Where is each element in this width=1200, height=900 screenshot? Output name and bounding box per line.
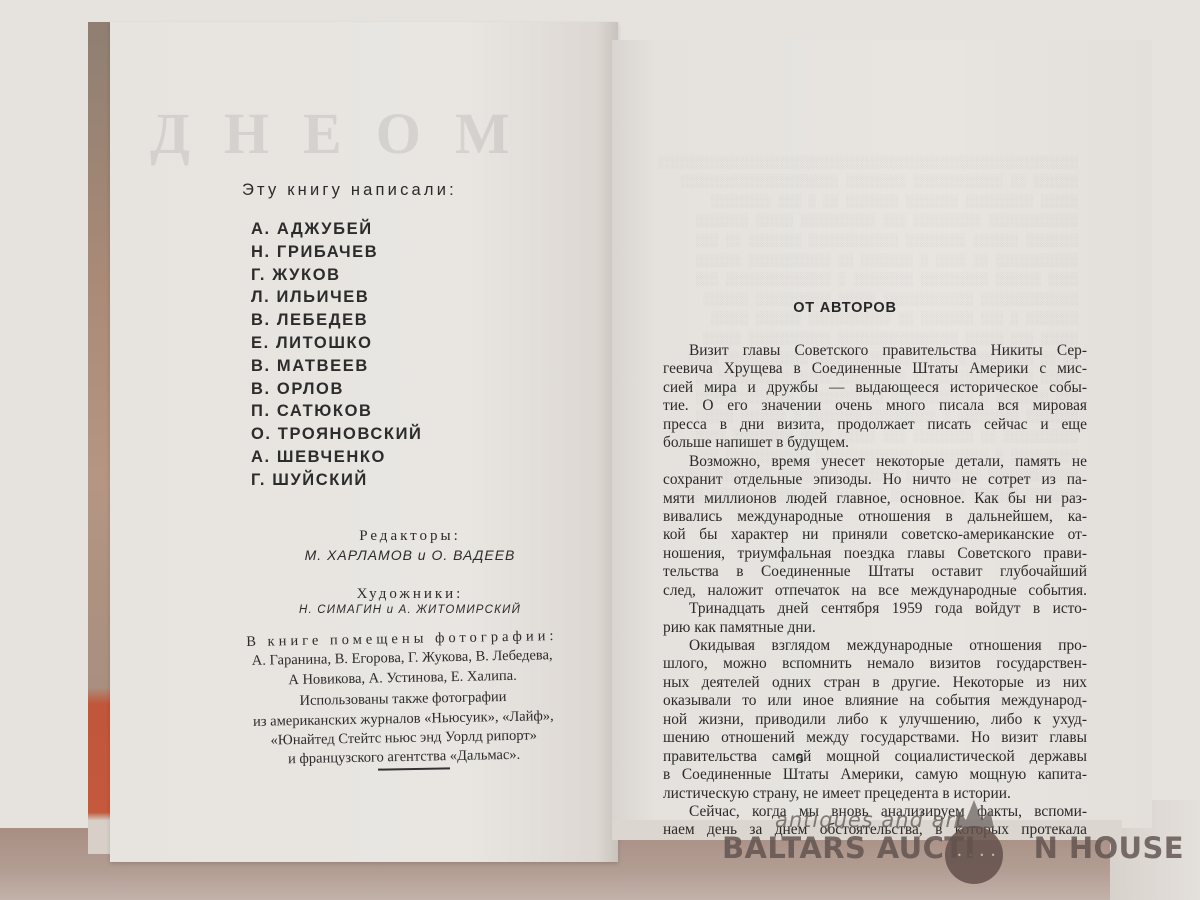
editors-credit: Редакторы: М. ХАРЛАМОВ и О. ВАДЕЕВ — [240, 528, 580, 563]
body-text-line: тие. О его значении очень много писала в… — [663, 397, 1087, 415]
body-text-line: шению отношений между государствами. Но … — [663, 729, 1087, 747]
body-text-line: Тринадцать дней сентября 1959 года войду… — [663, 600, 1087, 618]
body-text-line: Окидывая взглядом международные отношени… — [663, 637, 1087, 655]
body-text-line: Визит главы Советского правительства Ник… — [663, 342, 1087, 360]
author-item: Н. ГРИБАЧЕВ — [251, 241, 423, 264]
watermark-title-part1: BALTARS AUCTI — [722, 831, 976, 865]
author-item: О. ТРОЯНОВСКИЙ — [251, 423, 423, 446]
editors-names: М. ХАРЛАМОВ и О. ВАДЕЕВ — [240, 547, 580, 563]
photo-credits: В книге помещены фотографии: А. Гаранина… — [229, 627, 578, 771]
body-text: Визит главы Советского правительства Ник… — [663, 342, 1087, 840]
body-text-line: ных деятелей одних стран в другие. Некот… — [663, 674, 1087, 692]
artists-label: Художники: — [240, 586, 580, 603]
author-item: Г. ЖУКОВ — [251, 264, 423, 287]
editors-label: Редакторы: — [240, 528, 580, 545]
author-item: А. АДЖУБЕЙ — [251, 218, 423, 241]
author-item: Е. ЛИТОШКО — [251, 332, 423, 355]
authors-intro: Эту книгу написали: — [242, 181, 457, 200]
section-title: ОТ АВТОРОВ — [770, 300, 920, 316]
body-text-line: оказывали то или иное влияние на события… — [663, 692, 1087, 710]
body-text-line: рию как памятные дни. — [663, 619, 1087, 637]
body-text-line: шлого, можно вспомнить немало визитов го… — [663, 655, 1087, 673]
author-item: В. ОРЛОВ — [251, 378, 423, 401]
artists-credit: Художники: Н. СИМАГИН и А. ЖИТОМИРСКИЙ — [240, 586, 580, 616]
body-text-line: сохранит отдельные эпизоды. Но ничто не … — [663, 471, 1087, 489]
body-text-line: кой бы характер ни приняли советско-амер… — [663, 526, 1087, 544]
body-text-line: больше напишет в будущем. — [663, 434, 1087, 452]
body-text-line: пресса в дни визита, продолжает писать с… — [663, 416, 1087, 434]
author-item: А. ШЕВЧЕНКО — [251, 446, 423, 469]
body-text-line: тельства в Соединенные Штаты оставит глу… — [663, 563, 1087, 581]
body-text-line: ношения, триумфальная поездка главы Сове… — [663, 545, 1087, 563]
body-text-line: мяти миллионов людей главное, основное. … — [663, 490, 1087, 508]
body-text-line: ной жизни, приводили либо к улучшению, л… — [663, 711, 1087, 729]
body-text-line: след, наложит отпечаток на все междунаро… — [663, 582, 1087, 600]
artists-names: Н. СИМАГИН и А. ЖИТОМИРСКИЙ — [240, 604, 580, 616]
author-item: В. МАТВЕЕВ — [251, 355, 423, 378]
body-text-line: Возможно, время унесет некоторые детали,… — [663, 453, 1087, 471]
body-text-line: в Соединенные Штаты Америки, самую мощну… — [663, 766, 1087, 784]
body-text-line: листическую страну, не имеет прецедента … — [663, 785, 1087, 803]
authors-list: А. АДЖУБЕЙ Н. ГРИБАЧЕВ Г. ЖУКОВ Л. ИЛЬИЧ… — [251, 218, 423, 492]
author-item: Л. ИЛЬИЧЕВ — [251, 286, 423, 309]
author-item: Г. ШУЙСКИЙ — [251, 469, 423, 492]
body-text-line: геевича Хрущева в Соединенные Штаты Амер… — [663, 360, 1087, 378]
watermark-title-part2: N HOUSE — [1034, 831, 1184, 865]
watermark-subtitle: antiques and art — [775, 808, 964, 832]
author-item: П. САТЮКОВ — [251, 400, 423, 423]
page-number: 5 — [790, 752, 810, 768]
watermark-title: BALTARS AUCTIN HOUSE — [722, 831, 1184, 865]
body-text-line: вивались международные отношения в дальн… — [663, 508, 1087, 526]
body-text-line: правительства самой мощной социалистичес… — [663, 748, 1087, 766]
book-cover-edge — [88, 22, 112, 854]
body-text-line: сией мира и дружбы — выдающееся историче… — [663, 379, 1087, 397]
author-item: В. ЛЕБЕДЕВ — [251, 309, 423, 332]
